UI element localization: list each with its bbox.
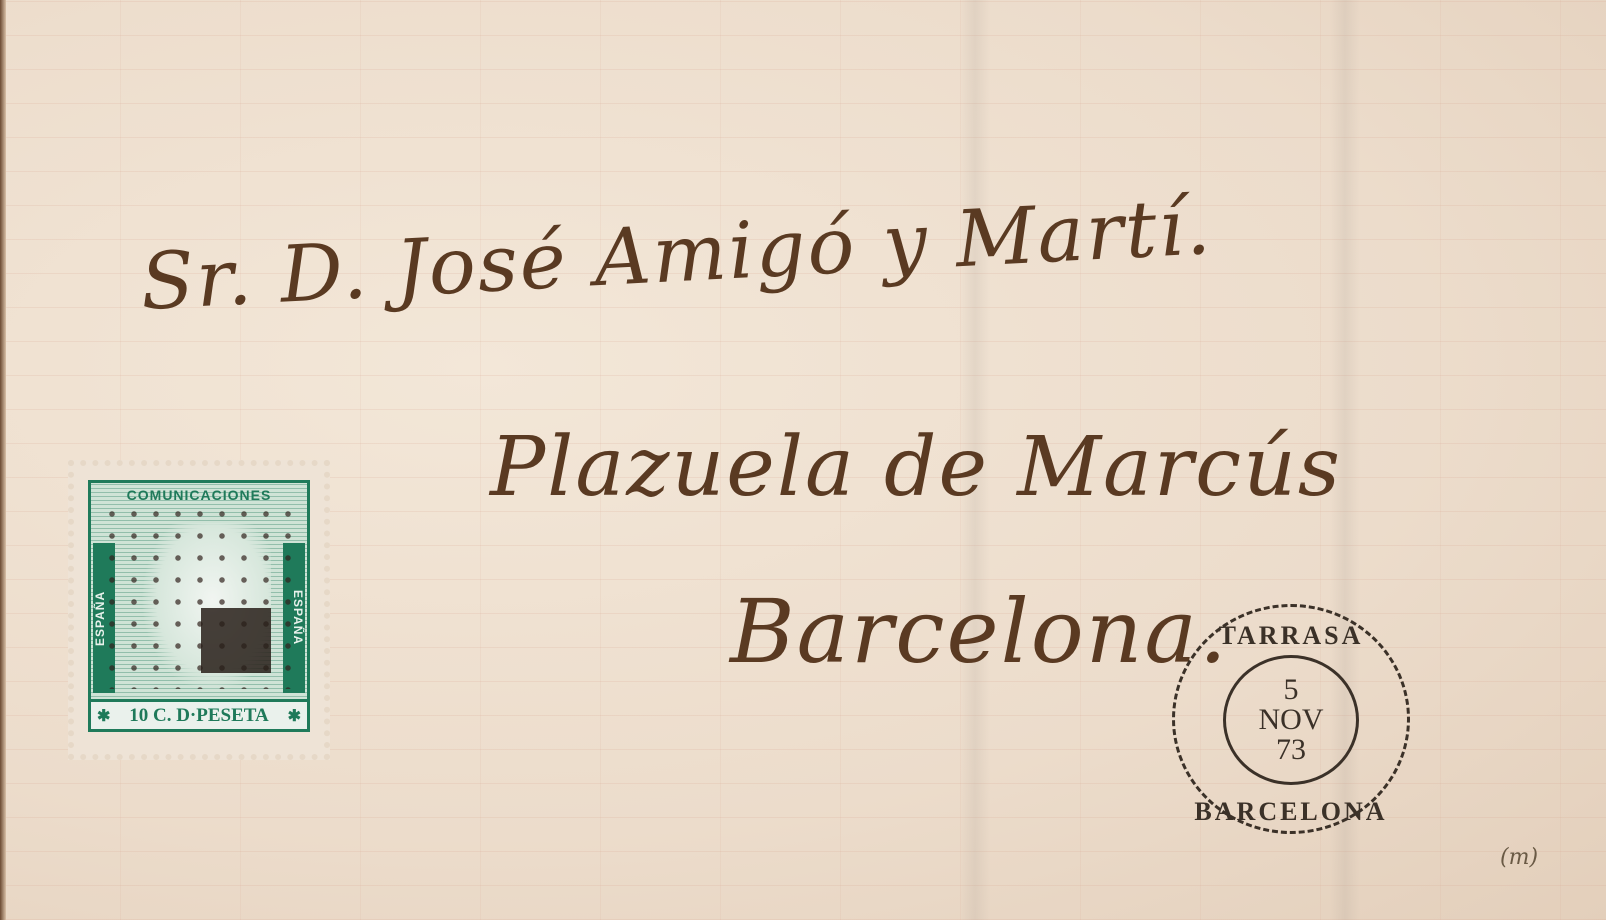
postmark-region: BARCELONA <box>1175 797 1407 827</box>
postmark-town: TARRASA <box>1175 621 1407 651</box>
postmark-month: NOV <box>1259 705 1324 735</box>
star-ornament-icon: ✱ <box>288 706 301 726</box>
postal-cover: Sr. D. José Amigó y Martí. Plazuela de M… <box>0 0 1606 920</box>
postmark-year: 73 <box>1276 735 1306 765</box>
stamp-top-label: COMUNICACIONES <box>91 487 307 503</box>
stamp-frame: COMUNICACIONES ESPAÑA ESPAÑA ✱ 10 C. D·P… <box>88 480 310 732</box>
star-ornament-icon: ✱ <box>97 706 110 726</box>
corner-pencil-note: (m) <box>1500 845 1538 870</box>
city-line: Barcelona. <box>730 580 1229 683</box>
cover-edge <box>0 0 6 920</box>
stamp-value-label: 10 C. D·PESETA <box>129 705 269 727</box>
stamp-value-panel: ✱ 10 C. D·PESETA ✱ <box>91 699 307 729</box>
street-line: Plazuela de Marcús <box>490 420 1342 515</box>
postmark-day: 5 <box>1284 675 1299 705</box>
postmark: TARRASA 5 NOV 73 BARCELONA <box>1172 604 1410 834</box>
addressee-line: Sr. D. José Amigó y Martí. <box>138 182 1214 328</box>
postage-stamp: COMUNICACIONES ESPAÑA ESPAÑA ✱ 10 C. D·P… <box>68 460 330 760</box>
ink-block-cancel-icon <box>201 608 271 673</box>
postmark-date-ring: 5 NOV 73 <box>1223 655 1359 785</box>
